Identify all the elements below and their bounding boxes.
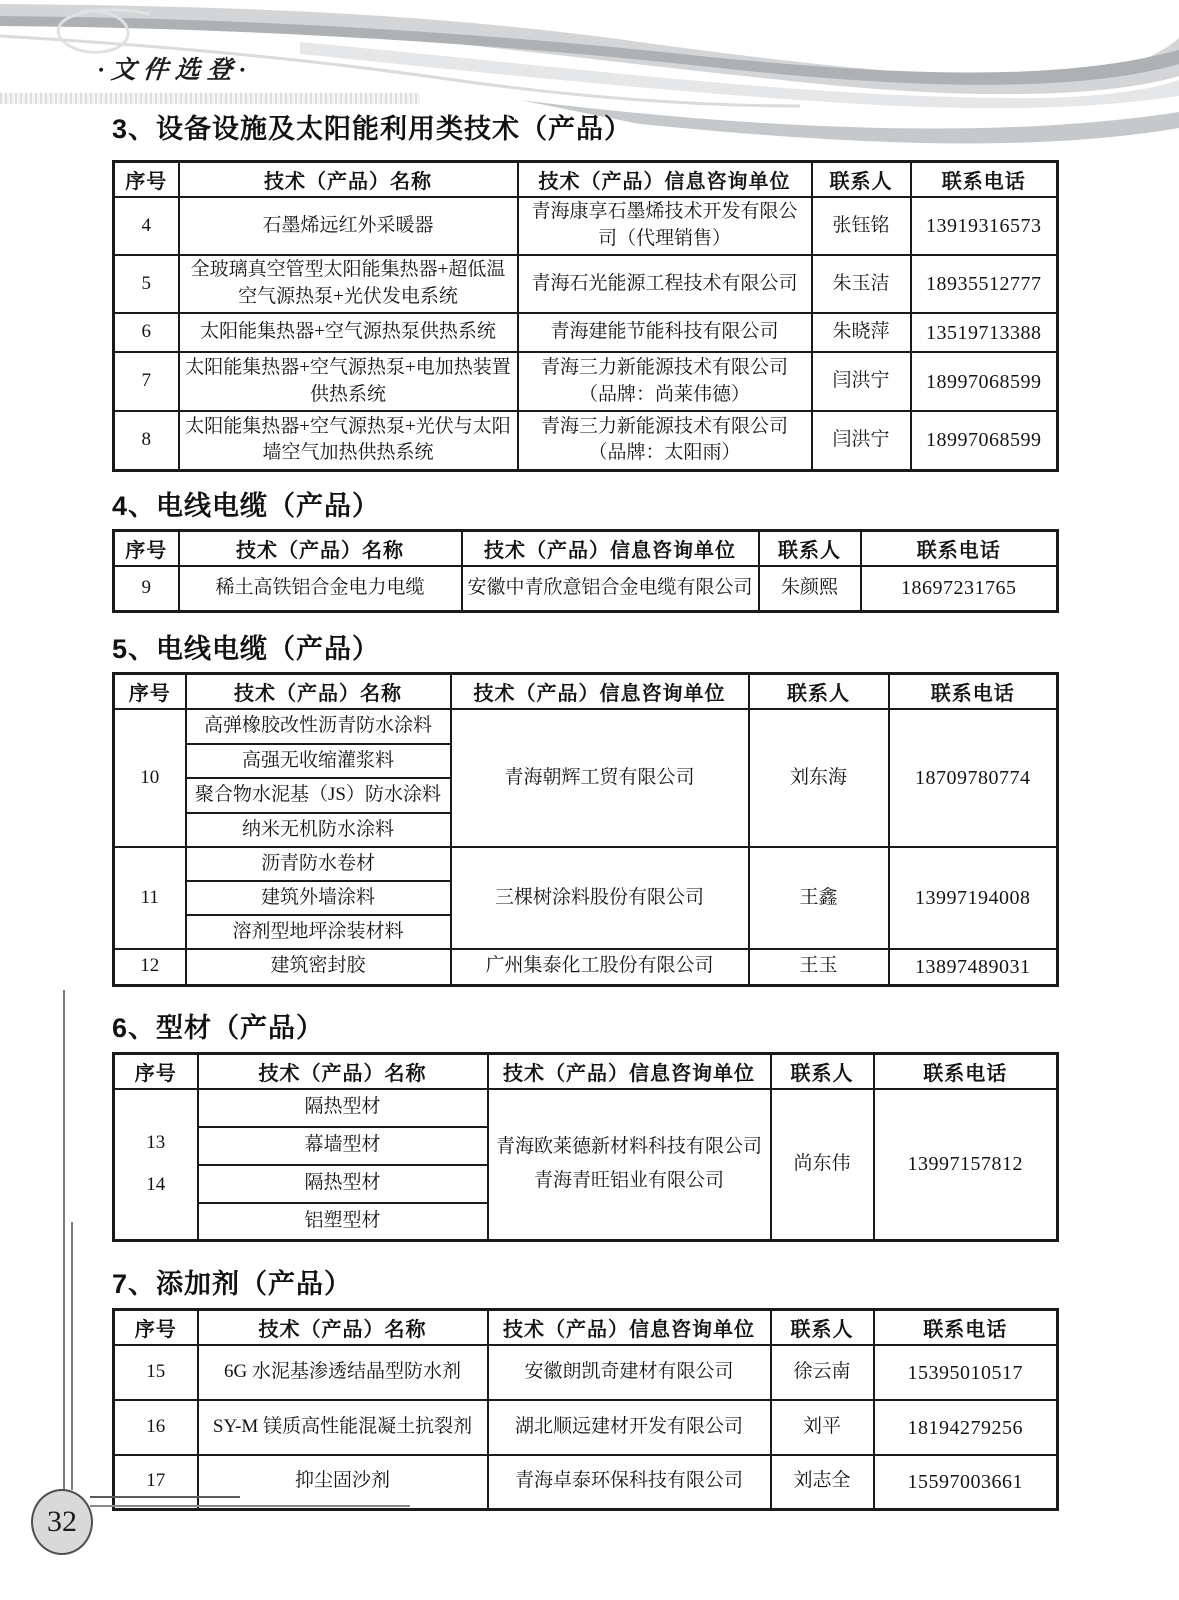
cell-seq: 9 <box>114 566 179 612</box>
header-hatch-strip <box>0 93 420 104</box>
cell-person: 刘志全 <box>771 1455 874 1509</box>
cell-name: 石墨烯远红外采暖器 <box>179 197 518 255</box>
page-number: 32 <box>47 1505 77 1539</box>
cell-seq: 8 <box>114 411 179 470</box>
footer-rule-long <box>90 1505 410 1507</box>
table-header-row: 序号 技术（产品）名称 技术（产品）信息咨询单位 联系人 联系电话 <box>114 1310 1058 1346</box>
column-header-name: 技术（产品）名称 <box>179 162 518 198</box>
cell-unit: 青海三力新能源技术有限公司 （品牌：尚莱伟德） <box>518 352 812 411</box>
section-heading-5: 5、电线电缆（产品） <box>112 632 1056 666</box>
cell-unit: 青海卓泰环保科技有限公司 <box>488 1455 771 1509</box>
cell-product: 幕墙型材 <box>198 1127 488 1165</box>
cell-seq: 4 <box>114 197 179 255</box>
unit-line: 安徽中青欣意铝合金电缆有限公司 <box>467 575 754 602</box>
cell-product: 隔热型材 <box>198 1089 488 1127</box>
page-content: 3、设备设施及太阳能利用类技术（产品） 序号 技术（产品）名称 技术（产品）信息… <box>112 112 1056 1511</box>
cell-product: 溶剂型地坪涂装材料 <box>186 915 451 949</box>
cell-unit: 青海建能节能科技有限公司 <box>518 313 812 352</box>
cell-product: 建筑外墙涂料 <box>186 881 451 915</box>
cell-name: 抑尘固沙剂 <box>198 1455 488 1509</box>
column-header-unit: 技术（产品）信息咨询单位 <box>488 1310 771 1346</box>
cell-phone: 13897489031 <box>889 949 1058 985</box>
page-number-badge: 32 <box>31 1489 93 1555</box>
unit-line: 青海朝辉工贸有限公司 <box>456 765 744 792</box>
section-heading-7: 7、添加剂（产品） <box>112 1267 1056 1301</box>
column-header-phone: 联系电话 <box>874 1310 1058 1346</box>
section-heading-4: 4、电线电缆（产品） <box>112 489 1056 523</box>
table-row: 15 6G 水泥基渗透结晶型防水剂 安徽朗凯奇建材有限公司 徐云南 153950… <box>114 1345 1058 1400</box>
unit-line: （品牌：太阳雨） <box>523 440 807 467</box>
table-header-row: 序号 技术（产品）名称 技术（产品）信息咨询单位 联系人 联系电话 <box>114 530 1058 566</box>
cell-seq: 16 <box>114 1400 198 1455</box>
unit-line: 青海欧莱德新材料科技有限公司 <box>493 1130 766 1164</box>
cell-person: 刘东海 <box>749 709 889 847</box>
column-header-person: 联系人 <box>812 162 911 198</box>
cell-seq: 5 <box>114 255 179 313</box>
table-row: 17 抑尘固沙剂 青海卓泰环保科技有限公司 刘志全 15597003661 <box>114 1455 1058 1509</box>
cell-unit: 湖北顺远建材开发有限公司 <box>488 1400 771 1455</box>
column-header-seq: 序号 <box>114 1053 198 1089</box>
column-header-phone: 联系电话 <box>861 530 1058 566</box>
cell-seq: 11 <box>114 847 186 949</box>
left-margin-rule-inner <box>71 1222 73 1490</box>
unit-line: 青海三力新能源技术有限公司 <box>523 414 807 441</box>
column-header-name: 技术（产品）名称 <box>179 530 462 566</box>
cell-name: 太阳能集热器+空气源热泵供热系统 <box>179 313 518 352</box>
swoosh-ribbon-pale <box>300 42 1179 108</box>
unit-line: 安徽朗凯奇建材有限公司 <box>493 1359 766 1386</box>
section-heading-3: 3、设备设施及太阳能利用类技术（产品） <box>112 112 1056 146</box>
column-header-person: 联系人 <box>759 530 861 566</box>
table-row-group: 11 沥青防水卷材 三棵树涂料股份有限公司 王鑫 13997194008 <box>114 847 1058 881</box>
cell-name: 稀土高铁铝合金电力电缆 <box>179 566 462 612</box>
cell-unit: 青海石光能源工程技术有限公司 <box>518 255 812 313</box>
table-header-row: 序号 技术（产品）名称 技术（产品）信息咨询单位 联系人 联系电话 <box>114 162 1058 198</box>
document-page: ·文件选登· 3、设备设施及太阳能利用类技术（产品） 序号 技术（产品）名称 技… <box>0 0 1179 1600</box>
cell-seq: 10 <box>114 709 186 847</box>
cell-person: 闫洪宁 <box>812 352 911 411</box>
cell-unit: 广州集泰化工股份有限公司 <box>451 949 749 985</box>
section-heading-6: 6、型材（产品） <box>112 1011 1056 1045</box>
cell-product: 聚合物水泥基（JS）防水涂料 <box>186 778 451 813</box>
cell-phone: 18997068599 <box>911 352 1058 411</box>
cell-unit: 青海朝辉工贸有限公司 <box>451 709 749 847</box>
column-header-unit: 技术（产品）信息咨询单位 <box>518 162 812 198</box>
cell-person: 张钰铭 <box>812 197 911 255</box>
unit-line: 青海康享石墨烯技术开发有限公 <box>523 199 807 226</box>
cell-person: 闫洪宁 <box>812 411 911 470</box>
cell-unit: 青海欧莱德新材料科技有限公司 青海青旺铝业有限公司 <box>488 1089 771 1241</box>
unit-line: 青海建能节能科技有限公司 <box>523 319 807 346</box>
cell-seq: 6 <box>114 313 179 352</box>
table-row: 6 太阳能集热器+空气源热泵供热系统 青海建能节能科技有限公司 朱晓萍 1351… <box>114 313 1058 352</box>
section-table-4: 序号 技术（产品）名称 技术（产品）信息咨询单位 联系人 联系电话 9 稀土高铁… <box>112 529 1059 614</box>
cell-person: 刘平 <box>771 1400 874 1455</box>
column-header-name: 技术（产品）名称 <box>198 1310 488 1346</box>
column-header-phone: 联系电话 <box>889 674 1058 710</box>
unit-line: 广州集泰化工股份有限公司 <box>456 953 744 980</box>
cell-seq: 12 <box>114 949 186 985</box>
unit-line: 三棵树涂料股份有限公司 <box>456 885 744 912</box>
serial-number: 13 <box>146 1130 165 1157</box>
cell-phone: 13997157812 <box>874 1089 1058 1241</box>
table-row: 16 SY-M 镁质高性能混凝土抗裂剂 湖北顺远建材开发有限公司 刘平 1819… <box>114 1400 1058 1455</box>
column-header-seq: 序号 <box>114 1310 198 1346</box>
table-row-group: 13 14 隔热型材 青海欧莱德新材料科技有限公司 青海青旺铝业有限公司 尚东伟… <box>114 1089 1058 1127</box>
cell-phone: 15597003661 <box>874 1455 1058 1509</box>
cell-person: 朱玉洁 <box>812 255 911 313</box>
unit-line: 司（代理销售） <box>523 226 807 253</box>
cell-product: 纳米无机防水涂料 <box>186 813 451 847</box>
table-row: 5 全玻璃真空管型太阳能集热器+超低温空气源热泵+光伏发电系统 青海石光能源工程… <box>114 255 1058 313</box>
column-header-person: 联系人 <box>749 674 889 710</box>
cell-product: 高弹橡胶改性沥青防水涂料 <box>186 709 451 744</box>
cell-person: 朱晓萍 <box>812 313 911 352</box>
cell-unit: 青海三力新能源技术有限公司 （品牌：太阳雨） <box>518 411 812 470</box>
section-table-6: 序号 技术（产品）名称 技术（产品）信息咨询单位 联系人 联系电话 13 14 … <box>112 1052 1059 1243</box>
cell-phone: 18697231765 <box>861 566 1058 612</box>
unit-line: 青海卓泰环保科技有限公司 <box>493 1468 766 1495</box>
unit-line: 湖北顺远建材开发有限公司 <box>493 1414 766 1441</box>
masthead-badge: ·文件选登· <box>97 50 254 86</box>
cell-name: 全玻璃真空管型太阳能集热器+超低温空气源热泵+光伏发电系统 <box>179 255 518 313</box>
cell-product: 铝塑型材 <box>198 1203 488 1241</box>
column-header-seq: 序号 <box>114 530 179 566</box>
column-header-seq: 序号 <box>114 674 186 710</box>
table-row: 12 建筑密封胶 广州集泰化工股份有限公司 王玉 13897489031 <box>114 949 1058 985</box>
unit-line: （品牌：尚莱伟德） <box>523 382 807 409</box>
cell-name: 太阳能集热器+空气源热泵+电加热装置供热系统 <box>179 352 518 411</box>
cell-unit: 安徽朗凯奇建材有限公司 <box>488 1345 771 1400</box>
table-row: 7 太阳能集热器+空气源热泵+电加热装置供热系统 青海三力新能源技术有限公司 （… <box>114 352 1058 411</box>
unit-line: 青海三力新能源技术有限公司 <box>523 355 807 382</box>
cell-person: 徐云南 <box>771 1345 874 1400</box>
table-header-row: 序号 技术（产品）名称 技术（产品）信息咨询单位 联系人 联系电话 <box>114 1053 1058 1089</box>
cell-product: 隔热型材 <box>198 1165 488 1203</box>
cell-phone: 18997068599 <box>911 411 1058 470</box>
cell-name: 建筑密封胶 <box>186 949 451 985</box>
cell-name: SY-M 镁质高性能混凝土抗裂剂 <box>198 1400 488 1455</box>
column-header-unit: 技术（产品）信息咨询单位 <box>462 530 759 566</box>
swoosh-swirl-loop <box>58 10 150 52</box>
serial-number: 14 <box>146 1172 165 1199</box>
left-margin-rule-outer <box>63 990 65 1490</box>
table-header-row: 序号 技术（产品）名称 技术（产品）信息咨询单位 联系人 联系电话 <box>114 674 1058 710</box>
column-header-phone: 联系电话 <box>874 1053 1058 1089</box>
cell-person: 王玉 <box>749 949 889 985</box>
cell-product: 高强无收缩灌浆料 <box>186 744 451 778</box>
section-table-3: 序号 技术（产品）名称 技术（产品）信息咨询单位 联系人 联系电话 4 石墨烯远… <box>112 160 1059 472</box>
cell-phone: 15395010517 <box>874 1345 1058 1400</box>
section-table-5: 序号 技术（产品）名称 技术（产品）信息咨询单位 联系人 联系电话 10 高弹橡… <box>112 672 1059 987</box>
cell-name: 太阳能集热器+空气源热泵+光伏与太阳墙空气加热供热系统 <box>179 411 518 470</box>
table-row: 4 石墨烯远红外采暖器 青海康享石墨烯技术开发有限公 司（代理销售） 张钰铭 1… <box>114 197 1058 255</box>
column-header-unit: 技术（产品）信息咨询单位 <box>488 1053 771 1089</box>
cell-phone: 13997194008 <box>889 847 1058 949</box>
table-row-group: 10 高弹橡胶改性沥青防水涂料 青海朝辉工贸有限公司 刘东海 187097807… <box>114 709 1058 744</box>
column-header-name: 技术（产品）名称 <box>186 674 451 710</box>
cell-seq: 7 <box>114 352 179 411</box>
column-header-seq: 序号 <box>114 162 179 198</box>
cell-person: 朱颜熙 <box>759 566 861 612</box>
table-row: 9 稀土高铁铝合金电力电缆 安徽中青欣意铝合金电缆有限公司 朱颜熙 186972… <box>114 566 1058 612</box>
cell-phone: 18935512777 <box>911 255 1058 313</box>
cell-phone: 13519713388 <box>911 313 1058 352</box>
cell-person: 尚东伟 <box>771 1089 874 1241</box>
cell-product: 沥青防水卷材 <box>186 847 451 881</box>
unit-line: 青海石光能源工程技术有限公司 <box>523 271 807 298</box>
unit-line: 青海青旺铝业有限公司 <box>493 1164 766 1198</box>
table-row: 8 太阳能集热器+空气源热泵+光伏与太阳墙空气加热供热系统 青海三力新能源技术有… <box>114 411 1058 470</box>
cell-phone: 13919316573 <box>911 197 1058 255</box>
cell-unit: 三棵树涂料股份有限公司 <box>451 847 749 949</box>
column-header-phone: 联系电话 <box>911 162 1058 198</box>
cell-seq: 17 <box>114 1455 198 1509</box>
column-header-unit: 技术（产品）信息咨询单位 <box>451 674 749 710</box>
cell-seq: 13 14 <box>114 1089 198 1241</box>
cell-phone: 18709780774 <box>889 709 1058 847</box>
column-header-person: 联系人 <box>771 1053 874 1089</box>
cell-unit: 青海康享石墨烯技术开发有限公 司（代理销售） <box>518 197 812 255</box>
cell-unit: 安徽中青欣意铝合金电缆有限公司 <box>462 566 759 612</box>
cell-seq: 15 <box>114 1345 198 1400</box>
column-header-person: 联系人 <box>771 1310 874 1346</box>
column-header-name: 技术（产品）名称 <box>198 1053 488 1089</box>
cell-phone: 18194279256 <box>874 1400 1058 1455</box>
section-table-7: 序号 技术（产品）名称 技术（产品）信息咨询单位 联系人 联系电话 15 6G … <box>112 1308 1059 1511</box>
serial-stack: 13 14 <box>119 1130 193 1199</box>
cell-name: 6G 水泥基渗透结晶型防水剂 <box>198 1345 488 1400</box>
cell-person: 王鑫 <box>749 847 889 949</box>
footer-rule-short <box>90 1496 240 1498</box>
